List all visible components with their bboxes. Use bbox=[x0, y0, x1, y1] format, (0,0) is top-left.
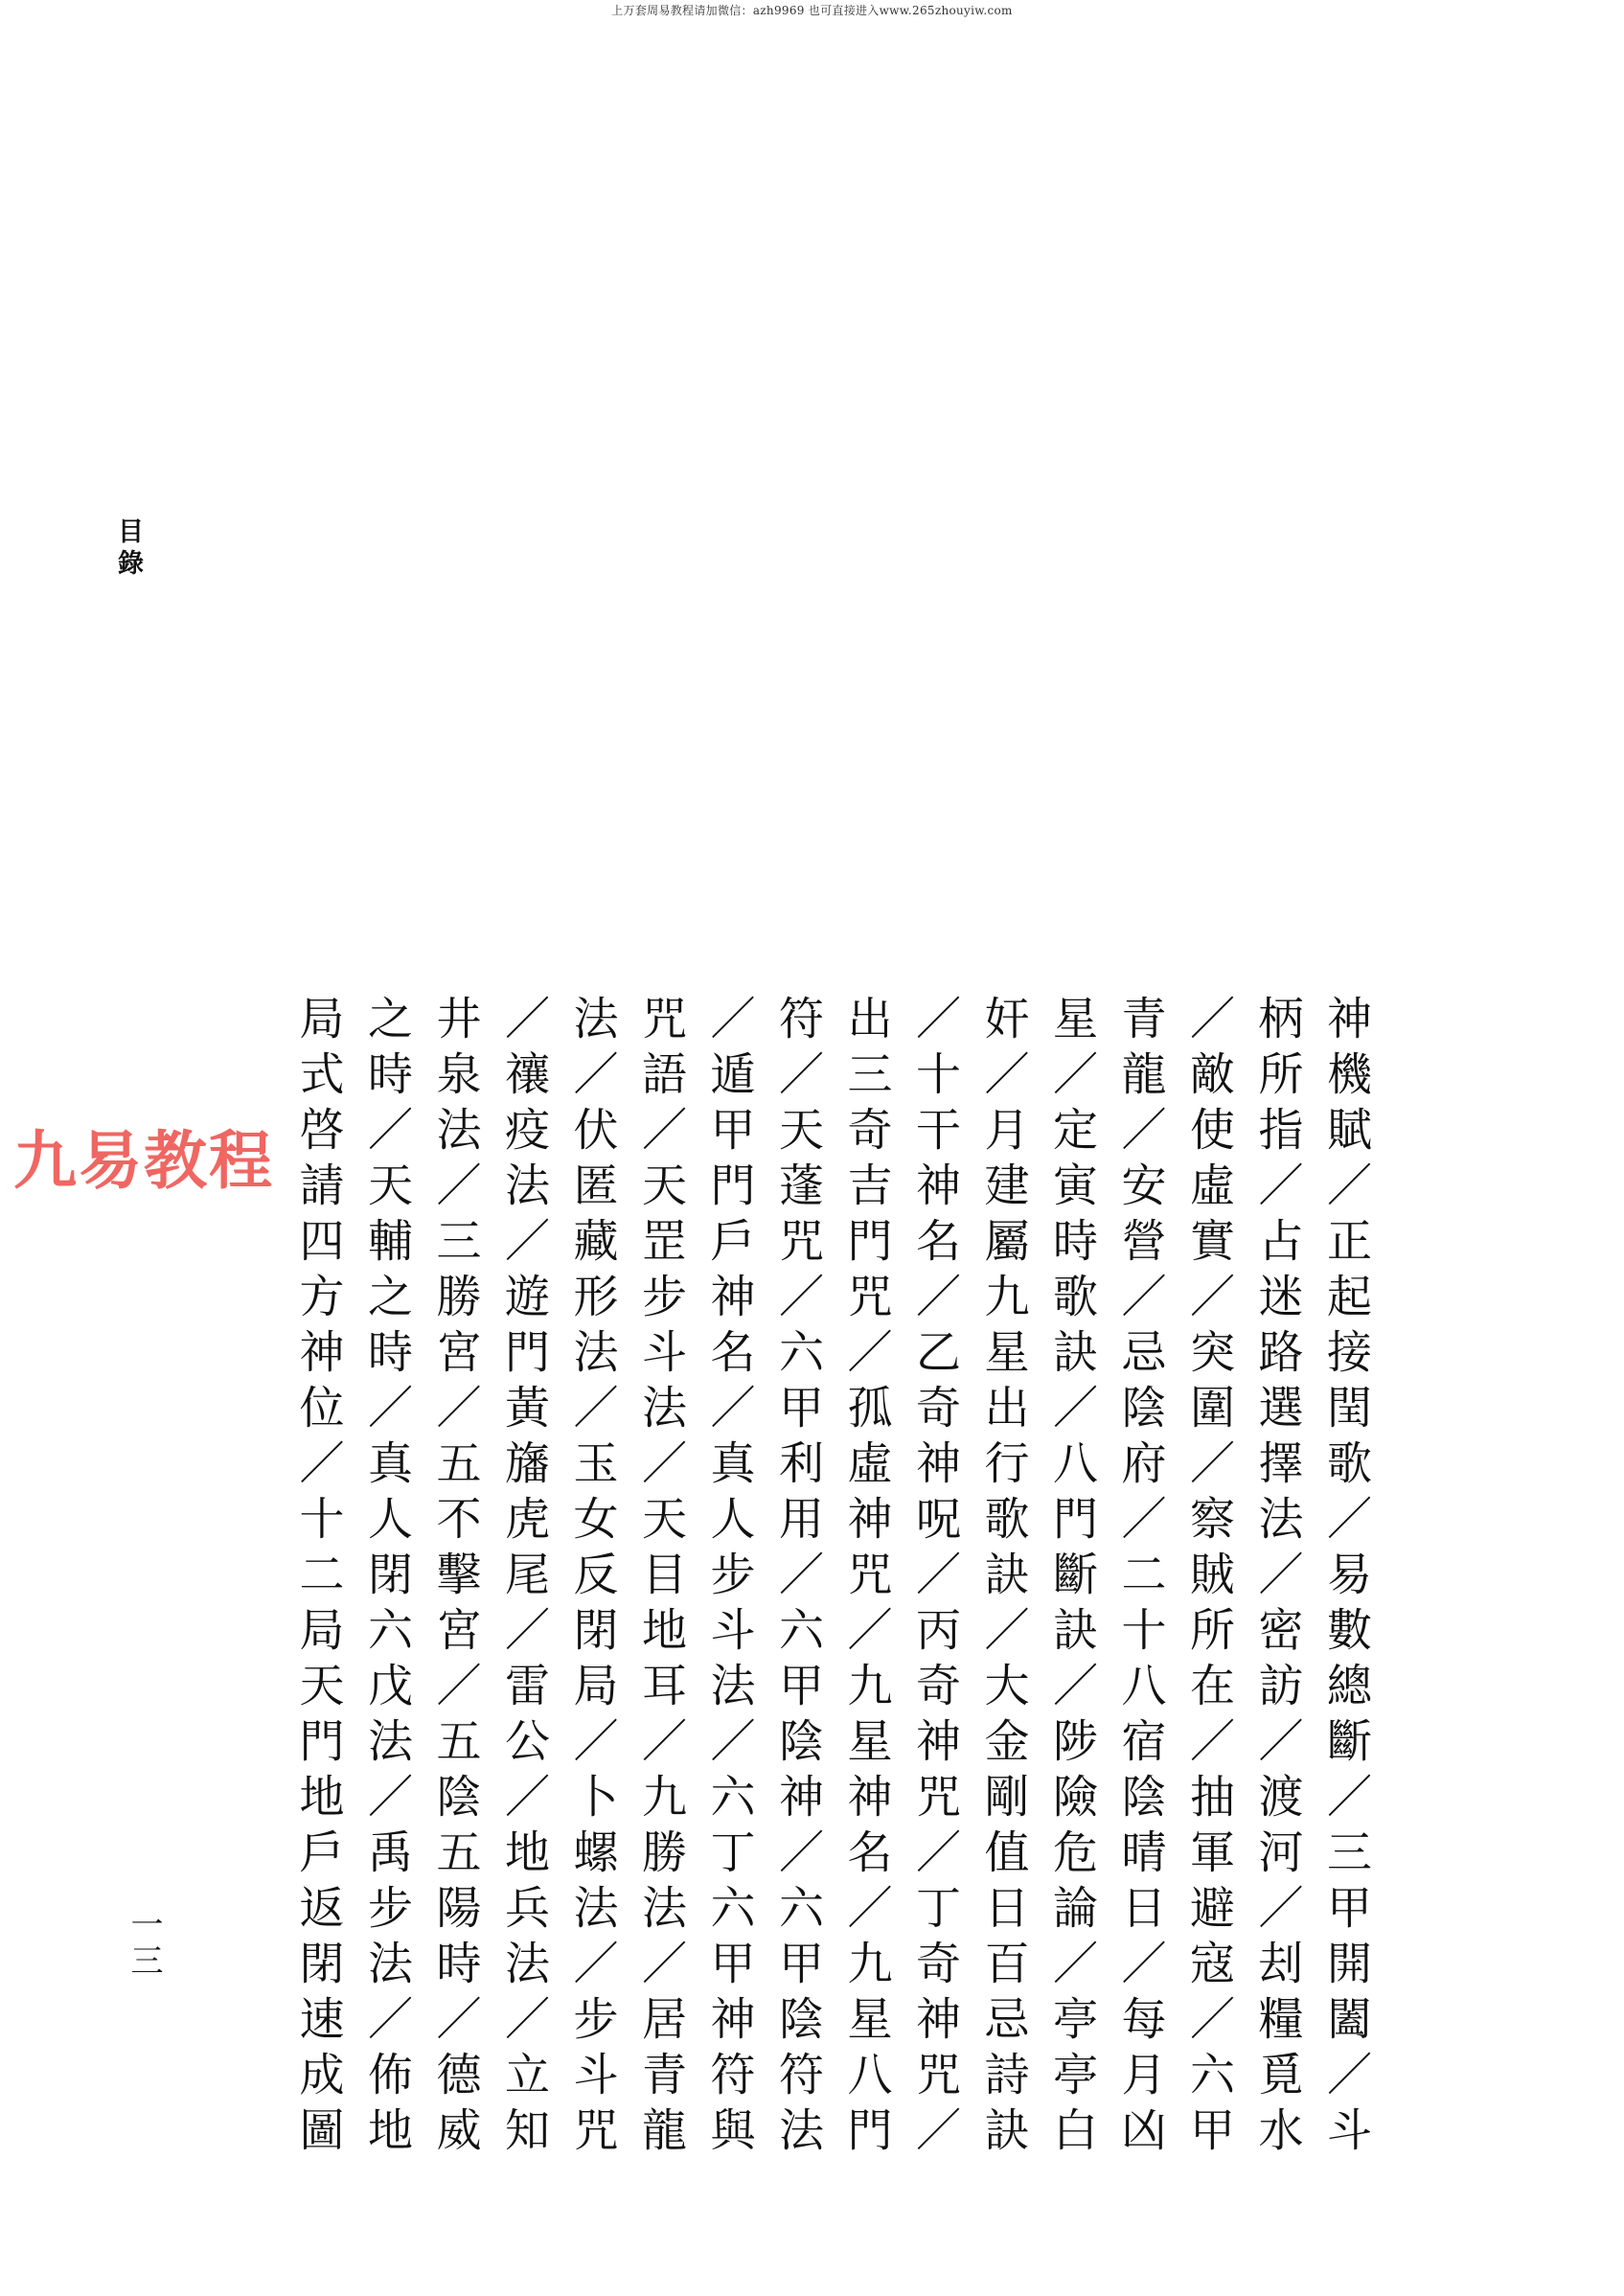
toc-column: 局式啓請四方神位／十二局天門地戶返閉速成圖 bbox=[284, 995, 353, 1876]
toc-column: 咒語／天罡步斗法／天目地耳／九勝法／居青龍 bbox=[627, 995, 696, 1876]
toc-column: 青龍／安營／忌陰府／二十八宿陰晴日／每月凶 bbox=[1106, 995, 1175, 1876]
toc-column: ／敵使虛實／突圍／察賊所在／抽軍避寇／六甲 bbox=[1175, 995, 1244, 1876]
toc-column: 神機賦／正起接閏歌／易數總斷／三甲開闔／斗 bbox=[1312, 995, 1381, 1876]
toc-column: 星／定寅時歌訣／八門斷訣／陟險危論／亭亭白 bbox=[1038, 995, 1107, 1876]
page-number: 一三 bbox=[125, 1907, 163, 1980]
toc-column: 井泉法／三勝宮／五不擊宮／五陰五陽時／德威 bbox=[421, 995, 490, 1876]
top-watermark-banner: 上万套周易教程请加微信：azh9969 也可直接进入www.265zhouyiw… bbox=[0, 2, 1624, 18]
section-label-contents: 目錄 bbox=[113, 517, 142, 581]
toc-column: 奸／月建屬九星出行歌訣／大金剛值日百忌詩訣 bbox=[969, 995, 1038, 1876]
brand-watermark-logo: 九易教程 bbox=[13, 1110, 274, 1201]
toc-column: 出三奇吉門咒／孤虛神咒／九星神名／九星八門 bbox=[832, 995, 901, 1876]
toc-column: ／遁甲門戶神名／真人步斗法／六丁六甲神符與 bbox=[695, 995, 764, 1876]
toc-column: ／十干神名／乙奇神呪／丙奇神咒／丁奇神咒／ bbox=[901, 995, 970, 1876]
toc-column: 之時／天輔之時／真人閉六戊法／禹步法／佈地 bbox=[353, 995, 422, 1876]
toc-column: 符／天蓬咒／六甲利用／六甲陰神／六甲陰符法 bbox=[764, 995, 833, 1876]
table-of-contents: 神機賦／正起接閏歌／易數總斷／三甲開闔／斗 柄所指／占迷路選擇法／密訪／渡河／刦… bbox=[284, 995, 1380, 1876]
toc-column: ／禳疫法／遊門黃旛虎尾／雷公／地兵法／立知 bbox=[490, 995, 559, 1876]
toc-column: 柄所指／占迷路選擇法／密訪／渡河／刦糧覓水 bbox=[1243, 995, 1312, 1876]
toc-column: 法／伏匿藏形法／玉女反閉局／卜螺法／步斗咒 bbox=[558, 995, 627, 1876]
